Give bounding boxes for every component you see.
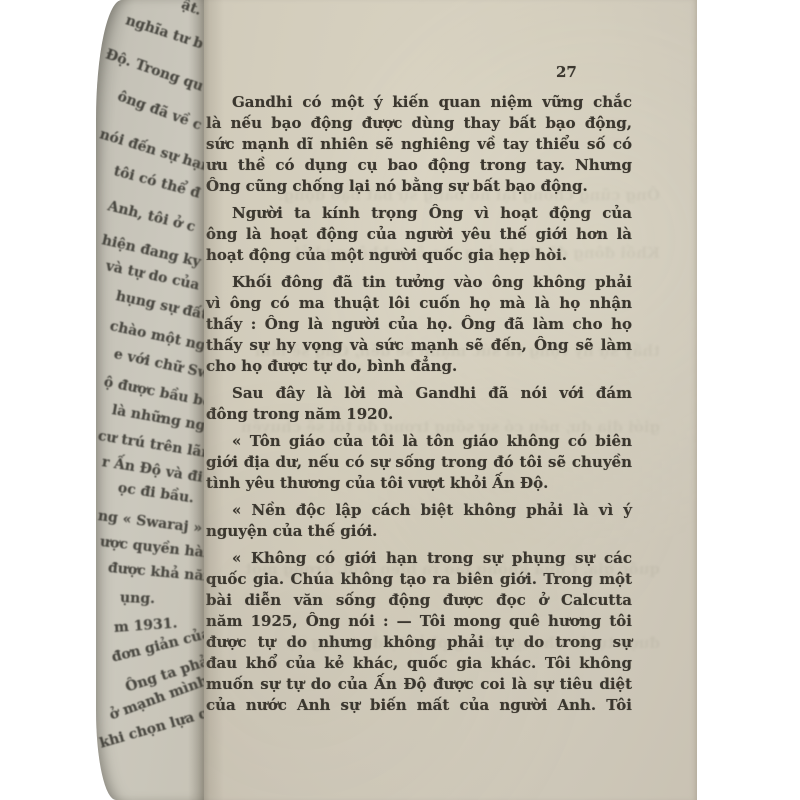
paragraph: Sau đây là lời mà Gandhi đã nói với đámđ…: [206, 383, 632, 425]
left-page-text-fragment: r Ấn Độ và đi b: [101, 454, 204, 488]
left-page-text-fragment: Anh, tôi ở c: [106, 198, 197, 235]
text-line: « Nền độc lập cách biệt không phải là vì…: [206, 500, 632, 521]
text-line: Ông cũng chống lại nó bằng sự bất bạo độ…: [206, 176, 632, 197]
text-line: muốn sự tự do của Ấn Độ được coi là sự t…: [206, 674, 632, 695]
text-line: được tự do nhưng không phải tự do trong …: [206, 632, 632, 653]
book-page: 27 Gandhi có một ý kiến quan niệm vững c…: [204, 0, 697, 800]
paragraph: « Nền độc lập cách biệt không phải là vì…: [206, 500, 632, 542]
text-line: năm 1925, Ông nói : — Tôi mong quê hương…: [206, 611, 632, 632]
text-line: thấy : Ông là người của họ. Ông đã làm c…: [206, 314, 632, 335]
paragraph: « Tôn giáo của tôi là tôn giáo không có …: [206, 431, 632, 494]
text-line: « Tôn giáo của tôi là tôn giáo không có …: [206, 431, 632, 452]
text-line: ưu thề có dụng cụ bao động trong tay. Nh…: [206, 155, 632, 176]
left-page-text-fragment: ật.: [179, 0, 204, 19]
left-page-text-fragment: nghĩa tư b: [124, 12, 204, 52]
left-page-text-fragment: ông đã về c: [115, 88, 204, 133]
text-line: sức mạnh dĩ nhiên sẽ nghiêng về tay thiể…: [206, 134, 632, 155]
text-line: « Không có giới hạn trong sự phụng sự cá…: [206, 548, 632, 569]
text-line: của nước Anh sự biến mất của người Anh. …: [206, 695, 632, 716]
left-page-text-fragment: được khả năng: [107, 560, 204, 586]
text-line: là nếu bạo động được dùng thay bất bạo đ…: [206, 113, 632, 134]
paragraph: Người ta kính trọng Ông vì hoạt động của…: [206, 203, 632, 266]
text-line: nguyện của thế giới.: [206, 521, 632, 542]
text-line: đông trong năm 1920.: [206, 404, 632, 425]
paragraph: Gandhi có một ý kiến quan niệm vững chắc…: [206, 92, 632, 197]
text-line: thấy sự hy vọng và sức mạnh sẽ đến, Ông …: [206, 335, 632, 356]
left-page-text-fragment: ụng.: [120, 590, 156, 607]
text-line: Người ta kính trọng Ông vì hoạt động của: [206, 203, 632, 224]
paragraph: « Không có giới hạn trong sự phụng sự cá…: [206, 548, 632, 716]
page-number: 27: [556, 63, 577, 81]
text-line: quốc gia. Chúa không tạo ra biên giới. T…: [206, 569, 632, 590]
text-line: đau khổ của kẻ khác, quốc gia khác. Tôi …: [206, 653, 632, 674]
text-line: cho họ được tự do, bình đẳng.: [206, 356, 632, 377]
page-text: Gandhi có một ý kiến quan niệm vững chắc…: [206, 92, 632, 722]
book-photo: ật.nghĩa tư bĐộ. Trong quông đã về cnói …: [0, 0, 800, 800]
text-line: Gandhi có một ý kiến quan niệm vững chắc: [206, 92, 632, 113]
left-page-text-fragment: m 1931.: [113, 616, 177, 636]
left-page-text-fragment: ược quyền hành: [99, 534, 204, 563]
text-line: giới địa dư, nếu có sự sống trong đó tôi…: [206, 452, 632, 473]
text-line: bài diễn văn sống động được đọc ở Calcut…: [206, 590, 632, 611]
paragraph: Khối đông đã tin tưởng vào ông không phả…: [206, 272, 632, 377]
text-line: Sau đây là lời mà Gandhi đã nói với đám: [206, 383, 632, 404]
left-page-text-fragment: là những ngư: [111, 402, 204, 436]
left-page-text-fragment: ọc đi bầu.: [117, 480, 195, 507]
text-line: Khối đông đã tin tưởng vào ông không phả…: [206, 272, 632, 293]
text-line: tình yêu thương của tôi vượt khỏi Ấn Độ.: [206, 473, 632, 494]
text-line: ông là hoạt động của người yêu thế giới …: [206, 224, 632, 245]
text-line: vì ông có ma thuật lôi cuốn họ mà là họ …: [206, 293, 632, 314]
previous-page-edge: ật.nghĩa tư bĐộ. Trong quông đã về cnói …: [96, 0, 204, 800]
left-page-text-fragment: Độ. Trong qu: [103, 46, 204, 94]
text-line: hoạt động của một người quốc gia hẹp hòi…: [206, 245, 632, 266]
